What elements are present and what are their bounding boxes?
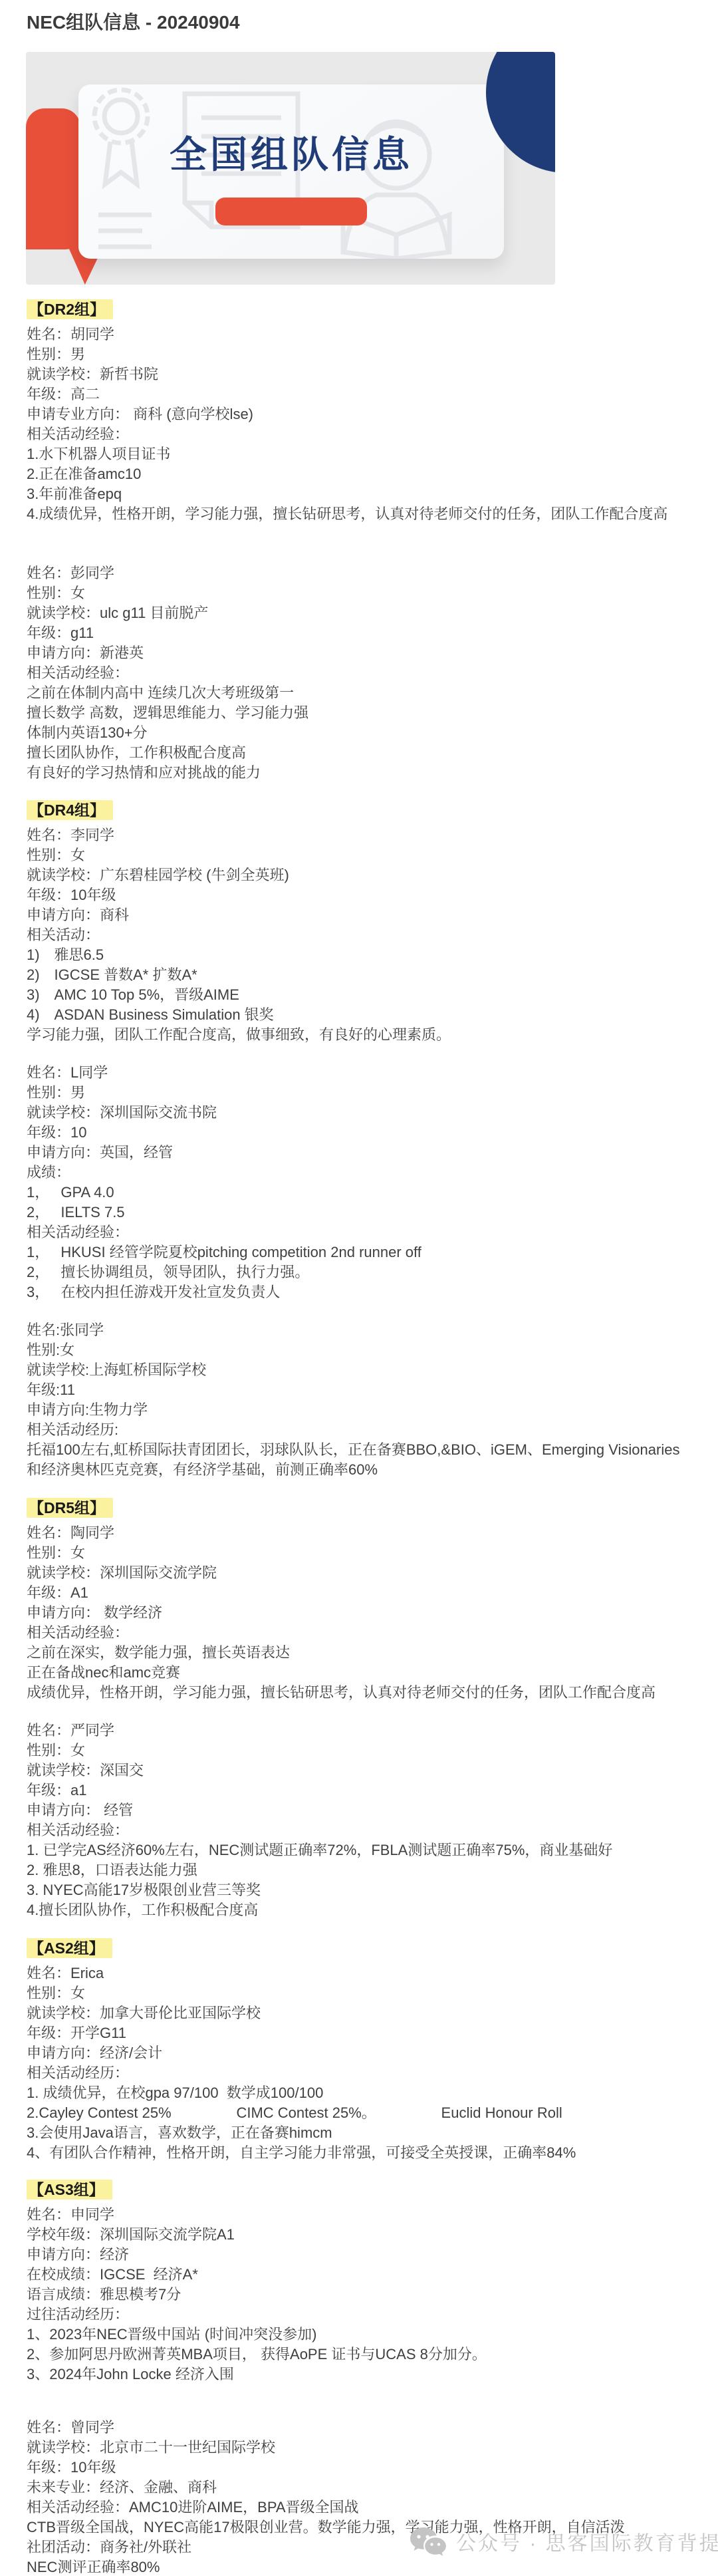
info-line: 相关活动： bbox=[27, 925, 691, 945]
info-line: NEC测评正确率80% bbox=[27, 2557, 691, 2576]
student-block: 【DR4组】姓名：李同学性别：女就读学校：广东碧桂园学校 (牛剑全英班)年级：1… bbox=[27, 800, 691, 1045]
info-line: 姓名:张同学 bbox=[27, 1320, 691, 1340]
info-line: 有良好的学习热情和应对挑战的能力 bbox=[27, 763, 691, 783]
student-block: 姓名：L同学性别：男就读学校：深圳国际交流书院年级：10申请方向：英国，经管成绩… bbox=[27, 1063, 691, 1302]
student-block: 姓名:张同学性别:女就读学校:上海虹桥国际学校年级:11申请方向:生物力学相关活… bbox=[27, 1320, 691, 1480]
group-label: 【DR4组】 bbox=[27, 800, 113, 820]
info-line: 年级：A1 bbox=[27, 1583, 691, 1603]
info-line: 姓名：曾同学 bbox=[27, 2418, 691, 2438]
info-line: 姓名：Erica bbox=[27, 1963, 691, 1983]
watermark: 公众号 · 思客国际教育背提 bbox=[410, 2526, 718, 2557]
wechat-icon bbox=[410, 2526, 447, 2557]
group-header: 【AS2组】 bbox=[27, 1938, 691, 1963]
group-label: 【AS2组】 bbox=[27, 1938, 112, 1958]
info-line: 体制内英语130+分 bbox=[27, 723, 691, 743]
info-line: 申请方向：商科 bbox=[27, 905, 691, 925]
info-line: 年级：开学G11 bbox=[27, 2023, 691, 2043]
info-line: 性别：女 bbox=[27, 1741, 691, 1761]
info-line: 年级：10年级 bbox=[27, 2458, 691, 2478]
info-line: 性别：女 bbox=[27, 583, 691, 603]
group-header: 【DR5组】 bbox=[27, 1498, 691, 1523]
info-line: 4.成绩优异，性格开朗，学习能力强，擅长钻研思考，认真对待老师交付的任务，团队工… bbox=[27, 504, 691, 524]
page-title: NEC组队信息 - 20240904 bbox=[27, 12, 718, 33]
info-line: 2.正在准备amc10 bbox=[27, 464, 691, 484]
info-line: 申请方向：经济 bbox=[27, 2245, 691, 2265]
student-block: 【DR5组】姓名：陶同学性别：女就读学校：深圳国际交流学院年级：A1申请方向： … bbox=[27, 1498, 691, 1703]
info-line: 1) 雅思6.5 bbox=[27, 945, 691, 965]
info-line: 2， IELTS 7.5 bbox=[27, 1203, 691, 1222]
info-line: 相关活动经验： bbox=[27, 1820, 691, 1840]
info-line: 性别:女 bbox=[27, 1340, 691, 1360]
info-line: 性别：女 bbox=[27, 1543, 691, 1563]
info-line: 申请方向：英国，经管 bbox=[27, 1143, 691, 1163]
info-line: 相关活动经验： bbox=[27, 1623, 691, 1643]
info-line: 姓名：彭同学 bbox=[27, 563, 691, 583]
info-line: 3.会使用Java语言，喜欢数学，正在备赛himcm bbox=[27, 2123, 691, 2143]
info-line: 相关活动经历： bbox=[27, 2063, 691, 2083]
info-line: 姓名：L同学 bbox=[27, 1063, 691, 1083]
info-line: 未来专业：经济、金融、商科 bbox=[27, 2478, 691, 2498]
info-line: 正在备战nec和amc竞赛 bbox=[27, 1663, 691, 1683]
info-line: 相关活动经验： bbox=[27, 663, 691, 683]
info-line: 语言成绩：雅思模考7分 bbox=[27, 2285, 691, 2305]
info-line: 就读学校：ulc g11 目前脱产 bbox=[27, 603, 691, 623]
info-line: 申请方向：经济/会计 bbox=[27, 2043, 691, 2063]
info-line: 成绩优异，性格开朗，学习能力强，擅长钻研思考，认真对待老师交付的任务，团队工作配… bbox=[27, 1683, 691, 1703]
info-line: 年级：a1 bbox=[27, 1781, 691, 1800]
info-line: 年级：10 bbox=[27, 1123, 691, 1143]
info-line: 相关活动经历: bbox=[27, 1420, 691, 1440]
info-line: 年级：高二 bbox=[27, 384, 691, 404]
watermark-text: 公众号 · 思客国际教育背提 bbox=[456, 2527, 718, 2556]
info-line: 1， HKUSI 经管学院夏校pitching competition 2nd … bbox=[27, 1242, 691, 1262]
info-line: 成绩： bbox=[27, 1163, 691, 1183]
info-line: 性别：男 bbox=[27, 1083, 691, 1103]
info-line: 1.水下机器人项目证书 bbox=[27, 444, 691, 464]
info-line: 就读学校：加拿大哥伦比亚国际学校 bbox=[27, 2003, 691, 2023]
info-line: 就读学校：北京市二十一世纪国际学校 bbox=[27, 2438, 691, 2458]
info-line: 就读学校:上海虹桥国际学校 bbox=[27, 1360, 691, 1380]
student-block: 【AS2组】姓名：Erica性别：女就读学校：加拿大哥伦比亚国际学校年级：开学G… bbox=[27, 1938, 691, 2163]
info-line: 擅长数学 高数，逻辑思维能力、学习能力强 bbox=[27, 703, 691, 723]
info-line: 3， 在校内担任游戏开发社宣发负责人 bbox=[27, 1282, 691, 1302]
info-line: 年级：10年级 bbox=[27, 885, 691, 905]
info-line: 1， GPA 4.0 bbox=[27, 1183, 691, 1203]
group-label: 【AS3组】 bbox=[27, 2180, 112, 2200]
info-line: 学习能力强，团队工作配合度高，做事细致，有良好的心理素质。 bbox=[27, 1025, 691, 1045]
info-line: 就读学校：深圳国际交流学院 bbox=[27, 1563, 691, 1583]
group-header: 【AS3组】 bbox=[27, 2180, 691, 2205]
info-line: 姓名：胡同学 bbox=[27, 325, 691, 345]
info-line: 姓名：李同学 bbox=[27, 825, 691, 845]
student-block: 【DR2组】姓名：胡同学性别：男就读学校：新哲书院年级：高二申请专业方向： 商科… bbox=[27, 299, 691, 524]
student-sections: 【DR2组】姓名：胡同学性别：男就读学校：新哲书院年级：高二申请专业方向： 商科… bbox=[27, 299, 691, 2576]
group-header: 【DR4组】 bbox=[27, 800, 691, 825]
banner-image: 全国组队信息 bbox=[26, 52, 555, 285]
info-line: 就读学校：深国交 bbox=[27, 1761, 691, 1781]
info-line: 2) IGCSE 普数A* 扩数A* bbox=[27, 965, 691, 985]
info-line: 姓名：严同学 bbox=[27, 1721, 691, 1741]
info-line: 托福100左右,虹桥国际扶青团团长，羽球队队长，正在备赛BBO,&BIO、iGE… bbox=[27, 1440, 691, 1480]
info-line: 学校年级：深圳国际交流学院A1 bbox=[27, 2225, 691, 2245]
info-line: 申请方向： 经管 bbox=[27, 1800, 691, 1820]
info-line: 之前在体制内高中 连续几次大考班级第一 bbox=[27, 683, 691, 703]
info-line: 擅长团队协作，工作积极配合度高 bbox=[27, 743, 691, 763]
info-line: 1. 已学完AS经济60%左右，NEC测试题正确率72%，FBLA测试题正确率7… bbox=[27, 1840, 691, 1860]
info-line: 3.年前准备epq bbox=[27, 484, 691, 504]
info-line: 之前在深实，数学能力强，擅长英语表达 bbox=[27, 1643, 691, 1663]
info-line: 就读学校：新哲书院 bbox=[27, 364, 691, 384]
info-line: 性别：女 bbox=[27, 845, 691, 865]
group-label: 【DR2组】 bbox=[27, 299, 113, 319]
info-line: 相关活动经验： bbox=[27, 1222, 691, 1242]
info-line: 2.Cayley Contest 25% CIMC Contest 25%。 E… bbox=[27, 2103, 691, 2123]
student-block: 【AS3组】姓名：申同学学校年级：深圳国际交流学院A1申请方向：经济在校成绩：I… bbox=[27, 2180, 691, 2384]
banner-card: 全国组队信息 bbox=[78, 84, 504, 259]
info-line: 姓名：申同学 bbox=[27, 2205, 691, 2225]
banner-title: 全国组队信息 bbox=[78, 126, 504, 179]
group-header: 【DR2组】 bbox=[27, 299, 691, 325]
notes-lines-icon bbox=[98, 215, 152, 247]
info-line: 就读学校：广东碧桂园学校 (牛剑全英班) bbox=[27, 865, 691, 885]
info-line: 年级:11 bbox=[27, 1380, 691, 1400]
info-line: 性别：女 bbox=[27, 1983, 691, 2003]
banner-red-underline bbox=[215, 198, 367, 225]
info-line: 申请方向：新港英 bbox=[27, 643, 691, 663]
student-block: 姓名：严同学性别：女就读学校：深国交年级：a1申请方向： 经管相关活动经验：1.… bbox=[27, 1721, 691, 1920]
info-line: 2. 雅思8，口语表达能力强 bbox=[27, 1860, 691, 1880]
info-line: 相关活动经验： bbox=[27, 424, 691, 444]
info-line: 1. 成绩优异，在校gpa 97/100 数学成100/100 bbox=[27, 2083, 691, 2103]
info-line: 过往活动经历： bbox=[27, 2305, 691, 2325]
info-line: 2， 擅长协调组员，领导团队，执行力强。 bbox=[27, 1262, 691, 1282]
info-line: 申请方向： 数学经济 bbox=[27, 1603, 691, 1623]
group-label: 【DR5组】 bbox=[27, 1498, 113, 1518]
info-line: 3. NYEC高能17岁极限创业营三等奖 bbox=[27, 1880, 691, 1900]
info-line: 3、2024年John Locke 经济入围 bbox=[27, 2364, 691, 2384]
info-line: 在校成绩：IGCSE 经济A* bbox=[27, 2265, 691, 2285]
info-line: 就读学校：深圳国际交流书院 bbox=[27, 1103, 691, 1123]
info-line: 相关活动经验：AMC10进阶AIME，BPA晋级全国战 bbox=[27, 2498, 691, 2517]
student-block: 姓名：彭同学性别：女就读学校：ulc g11 目前脱产年级：g11申请方向：新港… bbox=[27, 563, 691, 783]
info-line: 姓名：陶同学 bbox=[27, 1523, 691, 1543]
info-line: 1、2023年NEC晋级中国站 (时间冲突没参加) bbox=[27, 2325, 691, 2345]
info-line: 4、有团队合作精神，性格开朗，自主学习能力非常强，可接受全英授课，正确率84% bbox=[27, 2143, 691, 2163]
info-line: 申请专业方向： 商科 (意向学校lse) bbox=[27, 404, 691, 424]
info-line: 性别：男 bbox=[27, 345, 691, 364]
info-line: 3) AMC 10 Top 5%，晋级AIME bbox=[27, 985, 691, 1005]
info-line: 2、参加阿思丹欧洲菁英MBA项目， 获得AoPE 证书与UCAS 8分加分。 bbox=[27, 2345, 691, 2364]
info-line: 申请方向:生物力学 bbox=[27, 1400, 691, 1420]
info-line: 年级：g11 bbox=[27, 623, 691, 643]
info-line: 4.擅长团队协作，工作积极配合度高 bbox=[27, 1900, 691, 1920]
red-ribbon-shape bbox=[26, 108, 80, 249]
info-line: 4) ASDAN Business Simulation 银奖 bbox=[27, 1005, 691, 1025]
